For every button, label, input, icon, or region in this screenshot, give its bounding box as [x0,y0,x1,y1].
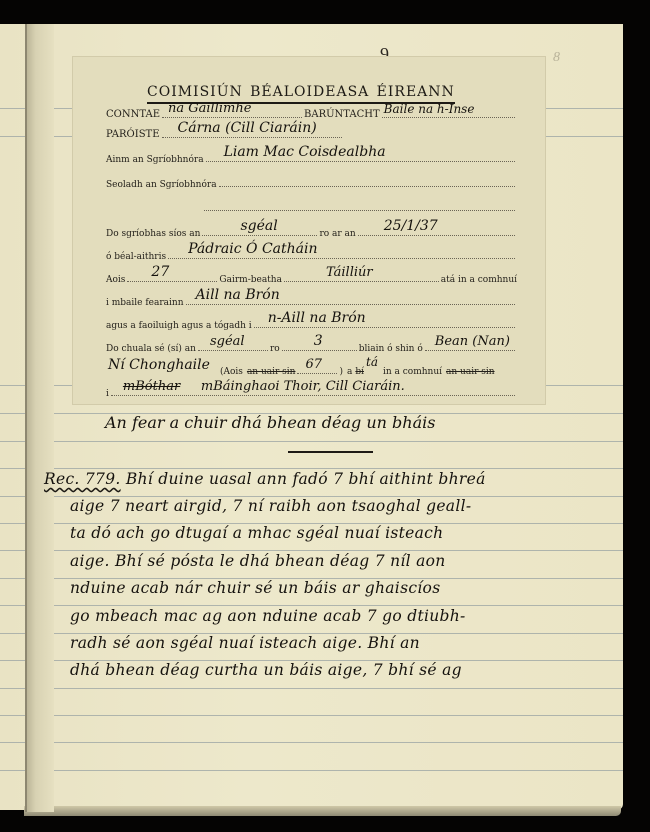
heard-age-value: 67 [305,357,322,372]
collector-address-label: Seoladh an Sgríobhnóra [106,180,217,190]
story-line: dhá bhean déag curtha un báis aige, 7 bh… [70,661,462,679]
heard-residence-tail: in a comhnuí [383,367,442,377]
raised-label: agus a faoiluigh agus a tógadh i [106,321,252,331]
story-line: radh sé aon sgéal nuaí isteach aige. Bhí… [70,634,420,652]
form-row-parish: paróiste Cárna (Cill Ciaráin) [106,121,517,141]
oral-source-label: ó béal-aithris [106,252,166,262]
heard-place-struck: mBóthar [123,379,180,394]
age-value: 27 [151,264,169,280]
form-row-written: Do sgríobhas síos an sgéal ro ar an 25/1… [106,219,517,239]
heard-residence-correction: tá [366,355,378,369]
county-label: conntae [106,105,160,121]
townland-label: i mbaile fearainn [106,298,184,308]
form-row-collector-name: Ainm an Sgríobhnóra Liam Mac Coisdealbha [106,145,517,165]
written-date-label: ro ar an [319,229,355,239]
heard-residence-struck: bí [355,367,364,377]
barony-label: barúntacht [304,105,380,121]
ruled-line [0,441,623,442]
heard-age-suffix: ) [339,367,343,377]
story-title: An fear a chuir dhá bhean déag un bháis [105,413,435,432]
form-row-raised: agus a faoiluigh agus a tógadh i n-Aill … [106,311,517,331]
heard-from-label: Do chuala sé (sí) an [106,344,196,354]
binding-fold [25,24,27,812]
parish-label: paróiste [106,125,160,141]
ruled-line [0,605,623,606]
form-row-heard-from: Do chuala sé (sí) an sgéal ro 3 bliain ó… [106,334,517,354]
page-stack-edge [24,806,621,816]
heard-residence-struck-tail: an uair sin [446,367,495,377]
collector-name-value: Liam Mac Coisdealbha [224,144,386,160]
barony-value: Baile na h-Inse [384,102,475,116]
story-line: ta dó ach go dtugaí a mhac sgéal nuaí is… [70,524,443,542]
form-row-heard-age: Ní Chonghaile (Aois an uair sin 67 ) a b… [106,357,517,377]
townland-value: Aill na Brón [196,287,280,303]
heard-place-prefix: i [106,389,109,399]
heard-age-label: (Aois [220,367,243,377]
ruled-line [0,742,623,743]
form-row-county-barony: conntae na Gaillimhe barúntacht Baile na… [106,101,517,121]
heard-place-value: mBáinghaoi Thoir, Cill Ciaráin. [201,379,405,394]
form-row-address-continuation [202,194,517,214]
ghost-page-number: 8 [553,50,560,66]
occupation-value: Táilliúr [326,265,373,280]
heard-years-value: 3 [314,333,323,349]
heard-since-value: Bean (Nan) [435,334,510,349]
ruled-line [0,688,623,689]
raised-value: n-Aill na Brón [268,310,366,326]
heard-residence-label: a [347,367,352,377]
story-line: aige. Bhí sé pósta le dhá bhean déag 7 n… [70,552,446,570]
form-row-age-occupation: Aois 27 Gairm-beatha Táilliúr atá in a c… [106,265,517,285]
form-title: coimisiún béaloideasa éireann [147,77,455,104]
story-line: go mbeach mac ag aon nduine acab 7 go dt… [70,607,466,625]
county-value: na Gaillimhe [168,101,251,116]
ruled-line [0,468,623,469]
heard-years-label: ro [270,344,280,354]
collector-address-value [219,185,515,187]
collection-form-card: coimisiún béaloideasa éireann conntae na… [73,57,545,404]
heard-age-struck: an uair sin [247,367,296,377]
ruled-line [0,715,623,716]
oral-source-value: Pádraic Ó Catháin [188,241,317,257]
ruled-line [0,550,623,551]
form-row-heard-place: i mBóthar mBáinghaoi Thoir, Cill Ciaráin… [106,379,517,399]
form-row-oral-source: ó béal-aithris Pádraic Ó Catháin [106,242,517,262]
story-line: aige 7 neart airgid, 7 ní raibh aon tsao… [70,497,471,515]
written-date-value: 25/1/37 [384,218,438,234]
ruled-line [0,770,623,771]
heard-name-value: Ní Chonghaile [108,357,210,373]
age-label: Aois [106,275,125,285]
residence-suffix-label: atá in a comhnuí [441,275,517,285]
form-row-townland: i mbaile fearainn Aill na Brón [106,288,517,308]
record-reference: Rec. 779. [44,470,121,488]
occupation-label: Gairm-beatha [219,275,282,285]
parish-value: Cárna (Cill Ciaráin) [178,120,317,136]
binding-gutter [26,24,54,812]
heard-from-value: sgéal [210,334,245,349]
written-what-label: Do sgríobhas síos an [106,229,200,239]
form-row-collector-address: Seoladh an Sgríobhnóra [106,170,517,190]
collector-name-label: Ainm an Sgríobhnóra [106,155,204,165]
title-underline [288,451,373,453]
written-what-value: sgéal [240,218,277,234]
heard-since-label: bliain ó shin ó [359,344,423,354]
story-line: Rec. 779. Bhí duine uasal ann fadó 7 bhí… [44,470,486,488]
story-line: nduine acab nár chuir sé un báis ar ghai… [70,579,440,597]
